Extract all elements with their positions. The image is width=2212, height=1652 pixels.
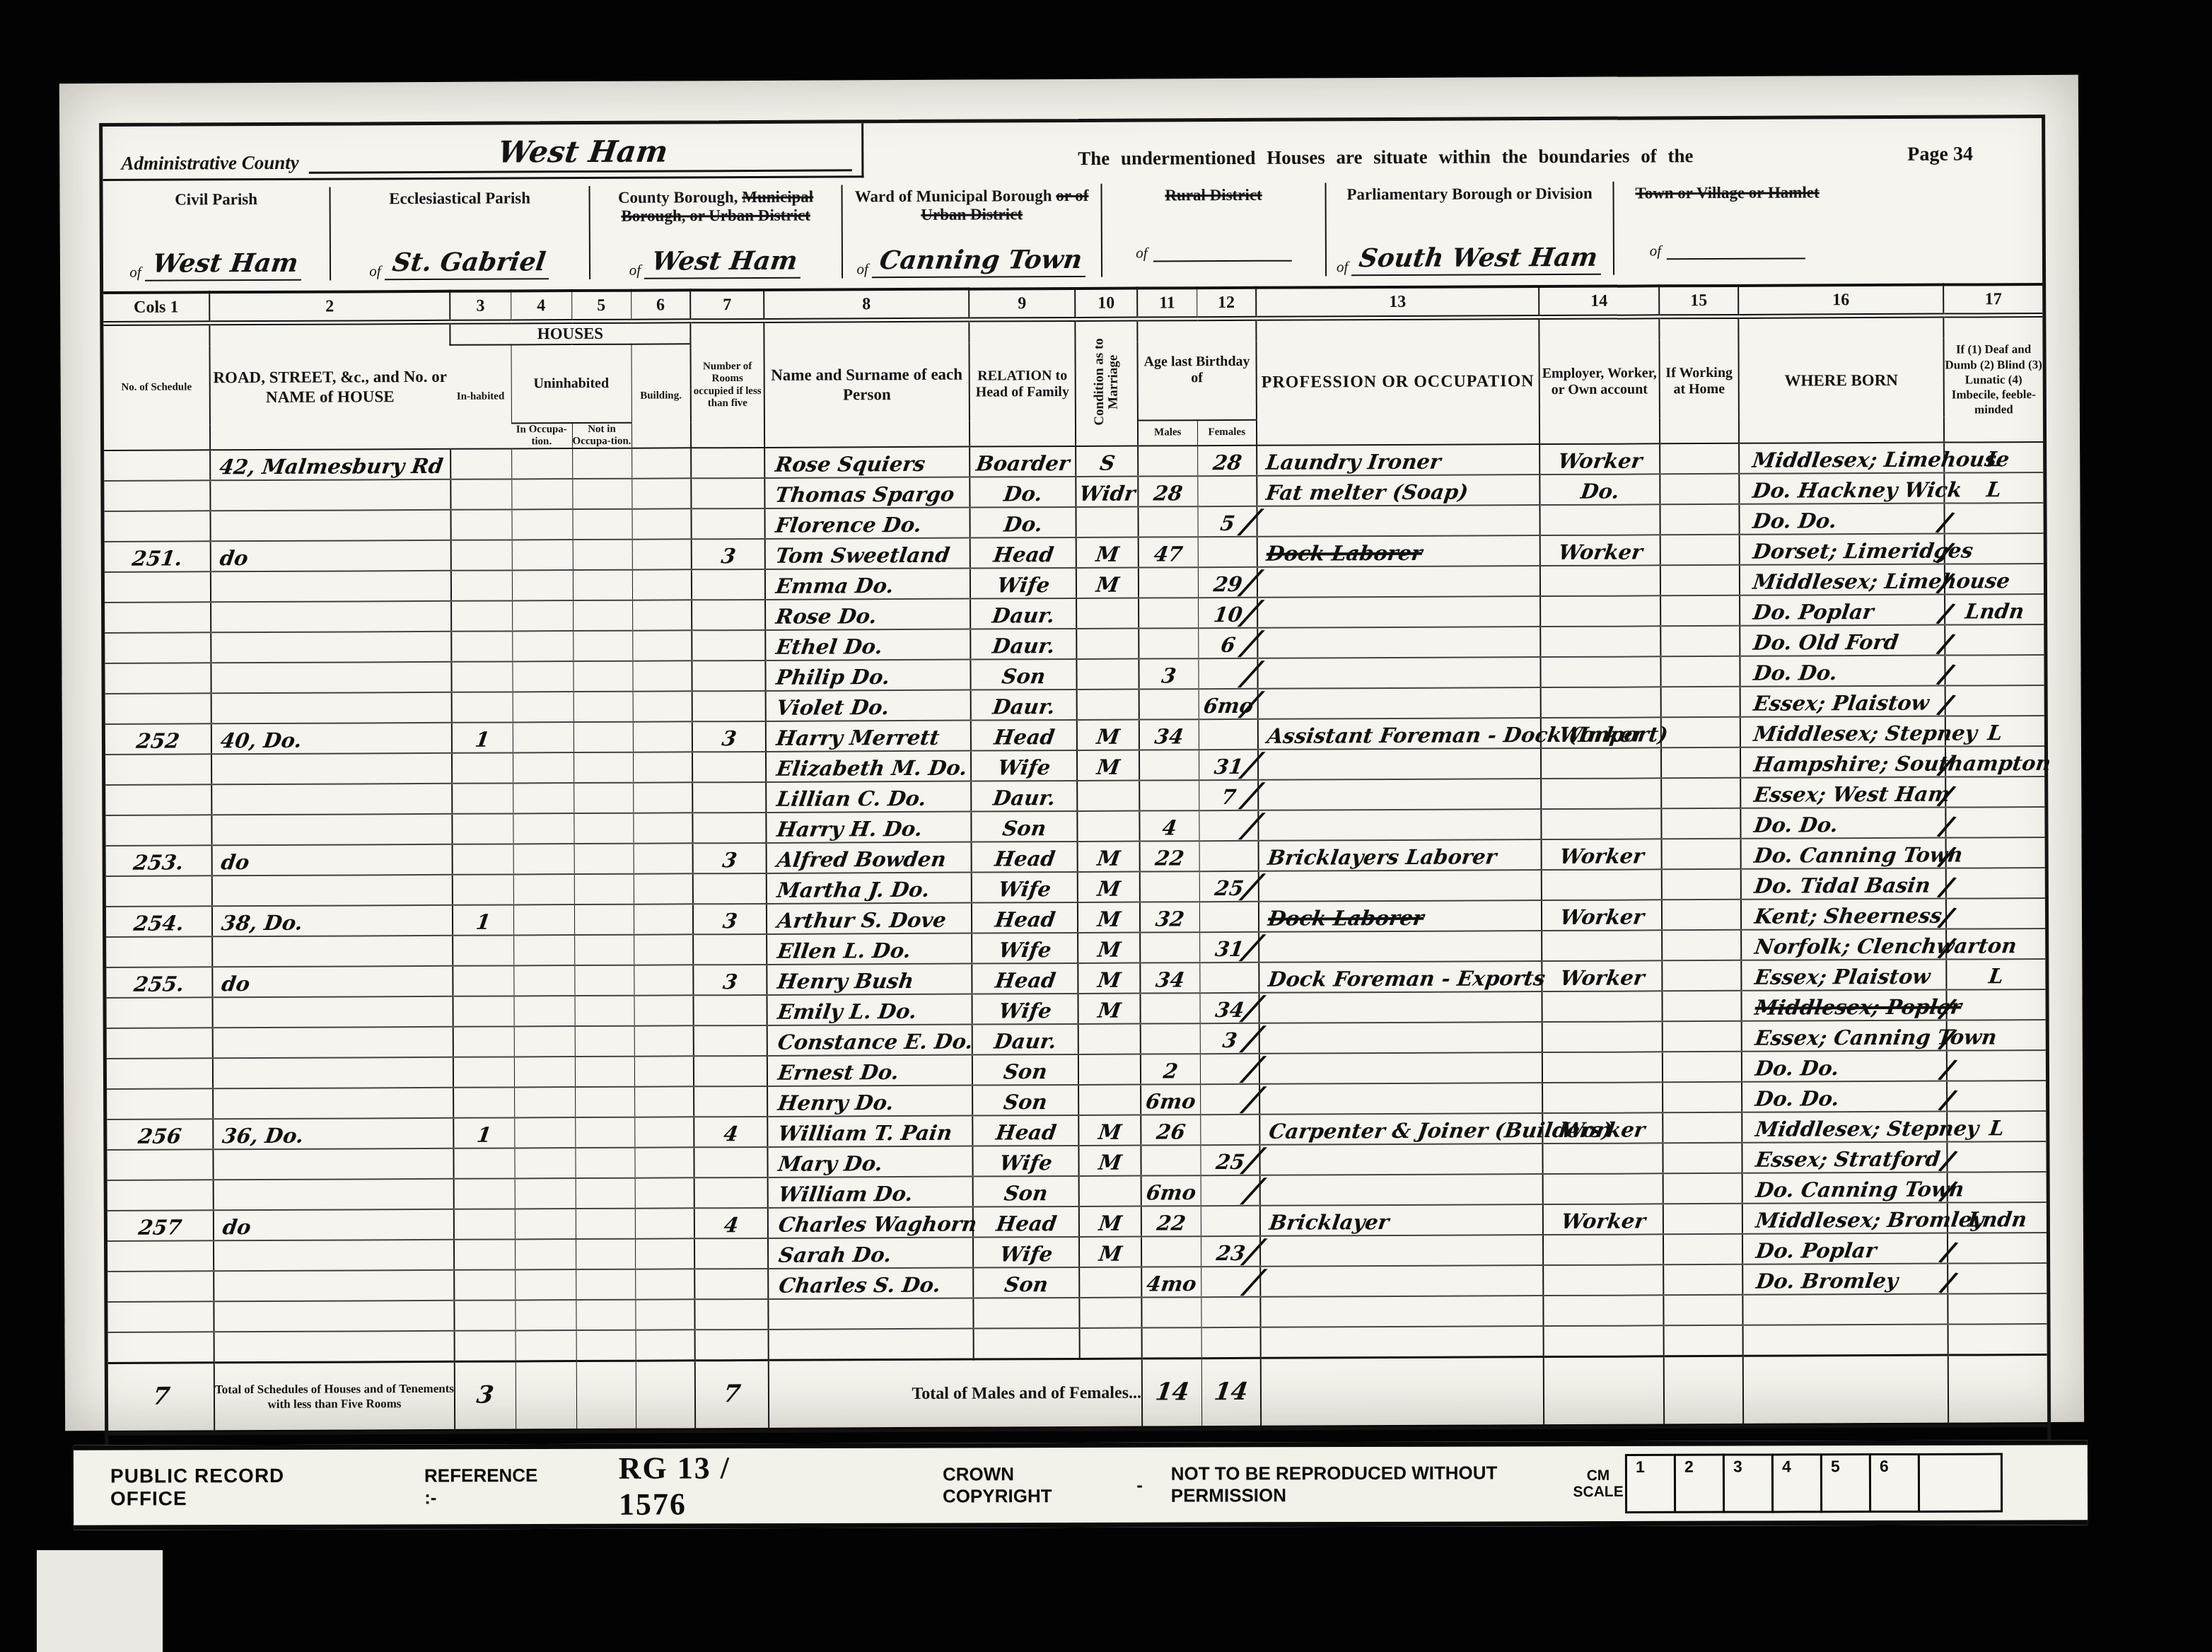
- cell-born: [1743, 1325, 1948, 1356]
- cell-text: S: [1098, 453, 1116, 476]
- cell-text: M: [1095, 849, 1121, 871]
- cell-schedule: 253.: [106, 845, 212, 876]
- cell-schedule: [106, 876, 212, 907]
- totals-houses-label: Total of Schedules of Houses and of Tene…: [214, 1361, 455, 1433]
- cell-text: Charles Waghorn: [777, 1214, 978, 1238]
- cell-text: Lndn: [1964, 601, 2025, 624]
- cell-age_m: [1139, 780, 1199, 810]
- cell-text: Wife: [999, 1244, 1054, 1267]
- cell-uninh_occ: [514, 1087, 575, 1117]
- cell-age_m: 28: [1138, 476, 1197, 506]
- cell-age_m: 34: [1139, 719, 1199, 750]
- cell-relation: Daur.: [971, 781, 1077, 812]
- cell-age_m: [1139, 750, 1199, 780]
- cell-uninh_not: [576, 1300, 635, 1330]
- cell-born: Kent; Sheerness/: [1741, 899, 1946, 930]
- cell-schedule: [105, 602, 211, 633]
- col-number-1: Cols 1: [103, 292, 209, 323]
- cell-uninh_not: [575, 1026, 634, 1057]
- cell-text: 4: [1160, 818, 1178, 840]
- ruler-cell: 6: [1869, 1453, 1920, 1513]
- cell-inhabited: [454, 1178, 515, 1209]
- cell-building: [634, 965, 693, 995]
- cell-road: [214, 1301, 454, 1332]
- cell-home: [1660, 565, 1740, 595]
- cell-born: Do. Canning Town/: [1741, 838, 1946, 869]
- cell-age_m: [1139, 598, 1198, 628]
- cell-infirm: [1945, 564, 2044, 595]
- cell-employer: [1540, 626, 1660, 657]
- cell-text: 1: [474, 730, 491, 752]
- cell-text: L: [1986, 723, 2004, 745]
- cell-uninh_occ: [513, 783, 574, 813]
- cell-occupation: Carpenter & Joiner (Builders): [1259, 1113, 1542, 1145]
- cell-road: 42, Malmesbury Rd: [210, 449, 450, 480]
- cell-age_m: [1140, 871, 1199, 902]
- cell-schedule: [105, 754, 211, 785]
- cell-relation: Son: [972, 1054, 1078, 1086]
- cell-condition: [1076, 629, 1139, 659]
- cell-infirm: L: [1945, 716, 2044, 747]
- cell-text: Lndn: [1967, 1209, 2028, 1232]
- cell-text: Wife: [997, 879, 1052, 902]
- cell-text: 3: [721, 972, 739, 994]
- cell-age_m: [1140, 932, 1199, 962]
- cell-road: [211, 571, 451, 602]
- cell-relation: Do.: [970, 507, 1076, 538]
- cell-inhabited: [452, 752, 513, 783]
- cell-born: Do. Do./: [1740, 808, 1945, 839]
- cell-uninh_not: [574, 813, 633, 844]
- cell-occupation: /: [1259, 991, 1542, 1023]
- cell-employer: Worker: [1540, 535, 1660, 566]
- cell-road: [213, 1088, 453, 1119]
- cell-road: [214, 1179, 454, 1210]
- cell-schedule: [105, 632, 211, 663]
- cell-infirm: [1946, 929, 2045, 960]
- cell-age_m: 4mo: [1141, 1267, 1201, 1297]
- cell-infirm: L: [1944, 472, 2043, 504]
- cell-building: [635, 1238, 694, 1269]
- cell-age_f: [1197, 476, 1257, 506]
- cell-occupation: Dock Laborer: [1257, 535, 1540, 567]
- cell-text: Mary Do.: [776, 1153, 884, 1177]
- col-header-age-group: Age last Birthday of: [1137, 318, 1257, 420]
- cell-text: 42, Malmesbury Rd: [218, 456, 444, 479]
- cell-relation: Head: [970, 537, 1076, 569]
- cell-inhabited: [452, 692, 513, 722]
- cell-uninh_not: [573, 600, 632, 631]
- cell-age_m: [1139, 689, 1199, 719]
- cell-road: [213, 1027, 453, 1058]
- cell-building: [634, 1086, 694, 1117]
- cell-condition: M: [1077, 750, 1139, 781]
- cell-rooms: 3: [692, 539, 765, 569]
- census-table: Cols 1 2 3 4 5 6 7 8 9 10 11 12 13 14: [103, 283, 2047, 1435]
- cell-text: 6mo: [1144, 1091, 1197, 1114]
- cell-infirm: [1946, 989, 2045, 1020]
- cell-text: 3: [721, 728, 738, 751]
- cell-schedule: [105, 571, 211, 603]
- cell-employer: Worker: [1539, 443, 1660, 475]
- cell-text: Philip Do.: [774, 667, 891, 690]
- cell-road: [212, 875, 453, 906]
- ruler-cell: 2: [1674, 1454, 1725, 1513]
- cell-employer: [1541, 748, 1661, 779]
- cell-text: 252: [135, 731, 181, 753]
- cell-rooms: [692, 691, 766, 721]
- cell-uninh_not: [574, 904, 634, 935]
- totals-rooms: 7: [695, 1360, 769, 1431]
- cell-inhabited: [453, 1026, 514, 1057]
- cell-text: Ernest Do.: [776, 1062, 900, 1086]
- cell-employer: [1543, 1234, 1663, 1265]
- cell-text: Emma Do.: [774, 576, 895, 599]
- cell-employer: [1541, 687, 1661, 718]
- cell-relation: Wife: [972, 872, 1078, 903]
- cell-occupation: /: [1260, 1235, 1543, 1267]
- cell-text: Head: [992, 727, 1055, 750]
- cell-rooms: 3: [693, 904, 767, 934]
- cell-inhabited: [454, 1269, 515, 1300]
- cell-home: [1662, 839, 1741, 869]
- cell-relation: Wife: [972, 933, 1078, 964]
- cell-employer: [1539, 504, 1660, 535]
- cell-born: Do. Canning Town/: [1742, 1173, 1948, 1204]
- cell-inhabited: [451, 600, 512, 631]
- cell-rooms: [694, 1056, 767, 1086]
- cell-rooms: [692, 782, 766, 813]
- cell-employer: [1544, 1325, 1664, 1356]
- cell-born: Hampshire; Southampton/: [1740, 747, 1945, 778]
- cell-infirm: [1945, 655, 2044, 686]
- cell-text: L: [1988, 1118, 2006, 1141]
- cell-home: [1660, 443, 1739, 474]
- cell-text: 4mo: [1145, 1274, 1198, 1296]
- cell-text: Essex; Plaistow: [1752, 693, 1931, 716]
- cell-road: [211, 692, 452, 723]
- cell-text: Laundry Ironer: [1264, 452, 1442, 475]
- cell-text: do: [219, 852, 250, 875]
- cell-age_m: [1139, 567, 1198, 598]
- cell-inhabited: [450, 509, 511, 540]
- cell-road: [213, 1148, 453, 1180]
- cell-text: M: [1095, 545, 1120, 567]
- district-value: Canning Town: [872, 245, 1090, 278]
- cell-employer: [1542, 1021, 1663, 1052]
- cell-inhabited: 1: [453, 904, 513, 935]
- cell-uninh_occ: [513, 996, 574, 1026]
- cell-born: Essex; Plaistow: [1741, 960, 1946, 991]
- totals-empty-14: [1544, 1356, 1664, 1427]
- cell-inhabited: [453, 844, 513, 874]
- cell-building: [633, 752, 692, 782]
- cell-text: Sarah Do.: [777, 1245, 892, 1268]
- cell-condition: [1077, 690, 1139, 720]
- cell-name: William Do.: [768, 1177, 973, 1208]
- cell-text: 7: [1220, 787, 1238, 810]
- cell-text: 22: [1154, 848, 1186, 871]
- footer-notice: NOT TO BE REPRODUCED WITHOUT PERMISSION: [1171, 1462, 1569, 1506]
- cell-relation: [974, 1328, 1080, 1359]
- cell-uninh_occ: [515, 1209, 576, 1239]
- cell-name: Arthur S. Dove: [767, 903, 972, 934]
- cell-age_m: 3: [1139, 658, 1198, 689]
- cell-schedule: [107, 1149, 213, 1180]
- cell-uninh_not: [573, 631, 632, 661]
- cell-infirm: L: [1947, 1111, 2046, 1142]
- cell-text: Do. Do.: [1754, 1058, 1841, 1081]
- cell-condition: [1079, 1176, 1141, 1206]
- cell-born: Middlesex; Limehouse: [1739, 443, 1944, 474]
- cell-relation: Head: [972, 842, 1078, 873]
- cell-age_m: 6mo: [1141, 1175, 1201, 1206]
- ruler-cell: 1: [1625, 1454, 1676, 1513]
- totals-empty-5: [576, 1361, 636, 1431]
- cell-text: Worker: [1557, 724, 1644, 748]
- cell-text: M: [1098, 1244, 1123, 1267]
- cell-building: [634, 995, 693, 1025]
- cell-road: do: [212, 844, 453, 876]
- cell-name: Thomas Spargo: [764, 477, 970, 508]
- cell-infirm: [1947, 1050, 2046, 1081]
- cell-uninh_occ: [513, 935, 574, 965]
- cell-relation: Wife: [971, 750, 1077, 781]
- cell-name: Mary Do.: [767, 1146, 972, 1177]
- cell-text: L: [1988, 966, 2006, 989]
- col-header-houses-group: HOUSES: [450, 321, 690, 345]
- cell-road: [214, 1331, 455, 1362]
- cell-text: Bricklayer: [1268, 1212, 1390, 1235]
- col-number-13: 13: [1256, 286, 1539, 318]
- cell-relation: Head: [972, 1115, 1078, 1146]
- cell-road: [212, 936, 453, 967]
- cell-employer: Worker: [1542, 839, 1662, 870]
- cell-text: Alfred Bowden: [775, 849, 947, 873]
- cell-text: Daur.: [993, 1031, 1058, 1054]
- col-header-home: If Working at Home: [1659, 316, 1739, 443]
- cell-infirm: Lndn: [1948, 1202, 2047, 1233]
- cell-rooms: [694, 1086, 767, 1117]
- cell-home: [1663, 1204, 1742, 1234]
- cell-age_f: [1199, 962, 1259, 993]
- cell-text: Do. Poplar: [1754, 1240, 1878, 1264]
- cell-building: [631, 478, 691, 508]
- cell-rooms: [692, 661, 765, 691]
- cell-text: do: [219, 548, 250, 571]
- cell-employer: Worker: [1543, 1204, 1663, 1235]
- cell-uninh_not: [574, 692, 633, 722]
- cell-inhabited: [450, 448, 511, 479]
- cell-relation: Head: [971, 720, 1077, 751]
- cell-name: Harry H. Do.: [766, 812, 971, 843]
- cell-text: Rose Squiers: [774, 454, 926, 477]
- cell-text: Worker: [1556, 450, 1643, 474]
- cell-occupation: Dock Laborer: [1259, 900, 1542, 932]
- cell-condition: M: [1078, 902, 1140, 933]
- cell-name: Charles S. Do.: [768, 1268, 973, 1299]
- footer-reference-label: REFERENCE :-: [424, 1465, 541, 1508]
- cell-uninh_occ: [513, 874, 574, 904]
- cell-uninh_occ: [513, 752, 574, 783]
- cell-rooms: [693, 934, 767, 965]
- cell-home: [1660, 656, 1740, 687]
- cell-schedule: [105, 663, 211, 694]
- col-header-rooms: Number of Rooms occupied if less than fi…: [690, 320, 764, 448]
- cell-road: [213, 1057, 453, 1088]
- cell-uninh_not: [574, 965, 634, 996]
- cell-text: Middlesex; Stepney: [1752, 723, 1979, 746]
- cell-schedule: 251.: [105, 541, 211, 572]
- cell-home: [1660, 626, 1740, 656]
- cell-uninh_not: [576, 1330, 636, 1361]
- cell-rooms: [693, 873, 767, 904]
- cell-born: Do. Old Ford/: [1740, 625, 1945, 656]
- cell-text: M: [1097, 1122, 1122, 1145]
- cell-schedule: [107, 1271, 214, 1302]
- cell-employer: [1542, 1143, 1663, 1174]
- cell-text: Wife: [998, 1153, 1053, 1175]
- cell-home: [1661, 808, 1740, 839]
- cell-age_m: 22: [1140, 841, 1199, 871]
- cell-uninh_not: [574, 935, 634, 965]
- cell-uninh_occ: [515, 1178, 576, 1209]
- cm-ruler: 123456: [1627, 1453, 2003, 1513]
- cell-occupation: /: [1258, 779, 1541, 810]
- cell-rooms: 4: [694, 1208, 768, 1238]
- cell-text: M: [1095, 575, 1120, 598]
- cell-text: Daur.: [991, 636, 1056, 658]
- cell-uninh_not: [574, 996, 634, 1026]
- cell-inhabited: [453, 996, 513, 1026]
- cell-schedule: [107, 1240, 214, 1272]
- cell-rooms: 4: [694, 1117, 767, 1147]
- ruler-cell-empty: [1918, 1453, 2003, 1513]
- cell-text: 3: [1160, 665, 1178, 688]
- col-header-inhabited: In-habited: [450, 344, 511, 449]
- totals-males-females-label: Total of Males and of Females...: [769, 1359, 1142, 1431]
- cell-uninh_occ: [511, 479, 572, 509]
- cell-text: Do. Do.: [1751, 511, 1838, 534]
- cell-inhabited: [454, 1300, 515, 1330]
- cell-text: Do. Canning Town: [1754, 1179, 1966, 1202]
- district-band: Civil Parish ofWest HamEcclesiastical Pa…: [103, 173, 2042, 291]
- cell-inhabited: [452, 783, 513, 813]
- cell-text: M: [1095, 727, 1121, 750]
- cell-occupation: /: [1260, 1174, 1543, 1206]
- cell-text: Arthur S. Dove: [776, 910, 948, 933]
- cell-infirm: [1948, 1172, 2047, 1203]
- cell-rooms: [691, 448, 764, 478]
- cell-condition: M: [1078, 963, 1140, 994]
- cell-age_m: [1139, 628, 1198, 658]
- cell-rooms: [692, 813, 766, 843]
- cell-text: 1: [475, 912, 492, 935]
- cell-text: 256: [136, 1126, 182, 1148]
- district-4: Ward of Municipal Borough or of Urban Di…: [842, 184, 1102, 279]
- cell-infirm: [1945, 807, 2044, 838]
- cell-text: Henry Bush: [776, 971, 915, 994]
- cell-uninh_not: [576, 1269, 635, 1300]
- cell-building: [633, 782, 692, 813]
- cell-born: Essex; Stratford/: [1742, 1142, 1947, 1173]
- cell-home: [1662, 991, 1741, 1021]
- cell-relation: Head: [973, 1206, 1079, 1238]
- admin-county-box: Administrative County West Ham: [103, 123, 863, 181]
- cell-inhabited: [451, 540, 512, 570]
- cell-born: [1742, 1294, 1948, 1325]
- cell-age_m: 34: [1140, 962, 1199, 993]
- cell-inhabited: 1: [453, 1117, 514, 1148]
- cell-text: 28: [1211, 453, 1243, 475]
- cell-uninh_occ: [515, 1269, 576, 1300]
- totals-row: 7 Total of Schedules of Houses and of Te…: [108, 1354, 2047, 1433]
- cell-text: Wife: [996, 575, 1051, 598]
- cell-text: Do.: [1002, 514, 1043, 537]
- cell-occupation: Fat melter (Soap): [1257, 475, 1539, 506]
- of-label: of: [629, 262, 641, 279]
- cell-born: Essex; Canning Town/: [1742, 1020, 1947, 1052]
- census-form: Administrative County West Ham The under…: [99, 115, 2051, 1474]
- cell-name: Ethel Do.: [765, 629, 970, 661]
- cell-building: [634, 1147, 694, 1177]
- cell-uninh_not: [575, 1117, 634, 1148]
- cell-age_m: [1141, 1023, 1200, 1054]
- cell-employer: [1540, 656, 1660, 687]
- cell-uninh_not: [576, 1209, 635, 1239]
- col-number-17: 17: [1943, 284, 2042, 315]
- cell-building: [633, 813, 692, 843]
- cell-text: 23: [1214, 1243, 1246, 1266]
- cell-employer: Worker: [1542, 960, 1662, 991]
- cell-condition: [1078, 1085, 1141, 1115]
- cell-text: 6mo: [1145, 1182, 1198, 1205]
- cell-text: Middlesex; Poplar: [1753, 997, 1962, 1020]
- cell-occupation: Dock Foreman - Exports: [1259, 961, 1542, 993]
- col-header-born: WHERE BORN: [1738, 315, 1944, 443]
- cell-uninh_occ: [512, 570, 573, 600]
- cell-age_f: [1198, 537, 1257, 567]
- cell-age_f: 28: [1197, 446, 1257, 476]
- cell-rooms: [694, 1269, 768, 1299]
- cell-name: Constance E. Do.: [767, 1025, 972, 1056]
- cell-employer: [1543, 1295, 1663, 1326]
- cell-home: [1662, 900, 1741, 930]
- cell-name: Alfred Bowden: [767, 842, 972, 873]
- cell-text: 31: [1212, 757, 1244, 779]
- col-number-11: 11: [1137, 288, 1197, 319]
- cell-condition: [1079, 1298, 1141, 1328]
- cell-infirm: L: [1946, 959, 2045, 990]
- totals-schedules-value: 7: [151, 1385, 171, 1411]
- cell-age_m: [1140, 993, 1199, 1023]
- district-value: St. Gabriel: [384, 247, 552, 280]
- cell-text: Charles S. Do.: [777, 1275, 942, 1298]
- district-label: County Borough, Municipal Borough, or Ur…: [598, 187, 834, 231]
- cell-home: [1663, 1112, 1742, 1143]
- cell-uninh_not: [572, 448, 631, 479]
- col-header-occupation: PROFESSION OR OCCUPATION: [1256, 318, 1539, 446]
- cell-age_f: [1199, 719, 1258, 750]
- cell-age_f: [1201, 1327, 1261, 1358]
- cell-text: Do. Do.: [1752, 815, 1839, 838]
- cell-infirm: [1946, 898, 2045, 929]
- cell-text: 6: [1219, 635, 1237, 658]
- cell-text: Son: [1002, 1061, 1049, 1084]
- cell-text: Harry H. Do.: [775, 819, 924, 842]
- cell-text: Dock Laborer: [1265, 543, 1424, 566]
- cell-text: Henry Do.: [776, 1093, 895, 1116]
